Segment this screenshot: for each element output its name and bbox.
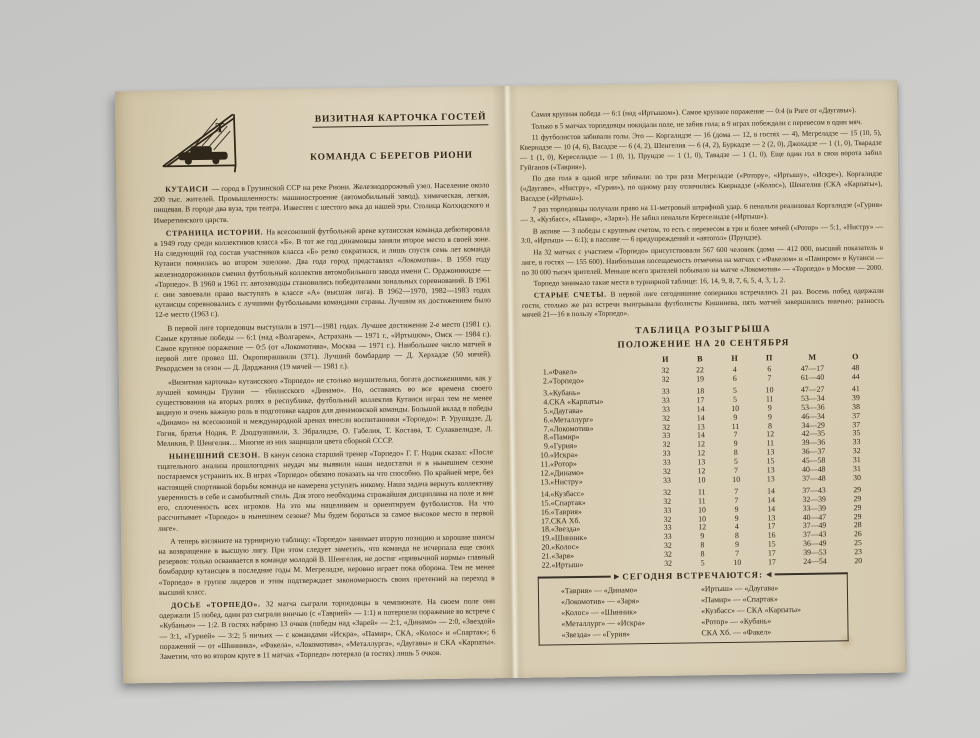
paragraph: В активе — 3 победы с крупным счетом, то… xyxy=(521,222,883,246)
fixture-item: СКА Хб. — «Факел» xyxy=(701,626,841,637)
todays-fixtures-box: ▶ СЕГОДНЯ ВСТРЕЧАЮТСЯ: ◀ «Таврия» — «Дин… xyxy=(538,572,849,645)
paragraph-lead: СТАРЫЕ СЧЕТЫ. xyxy=(534,290,611,300)
fixtures-title: СЕГОДНЯ ВСТРЕЧАЮТСЯ: xyxy=(622,569,763,581)
standings-subtitle: ПОЛОЖЕНИЕ НА 20 СЕНТЯБРЯ xyxy=(522,336,884,351)
fixtures-right-column: «Иртыш» — «Даугава»«Памир» — «Спартак»«К… xyxy=(701,582,842,637)
paragraph: КУТАИСИ — город в Грузинской ССР на реке… xyxy=(153,180,490,225)
paragraph: В первой лиге торпедовцы выступали в 197… xyxy=(155,319,492,375)
paragraph: ДОСЬЕ «ТОРПЕДО». 32 матча сыграли торпед… xyxy=(159,596,496,662)
table-cell: 2. xyxy=(531,377,549,386)
paragraph: «Визитная карточка» кутаисского «Торпедо… xyxy=(156,373,493,449)
paragraph: 11 футболистов забивали голы. Это — Корг… xyxy=(520,128,883,172)
torpedo-sail-car-emblem-icon: Т xyxy=(156,107,275,175)
fixtures-left-column: «Таврия» — «Динамо»«Локомотив» — «Заря»«… xyxy=(561,584,702,639)
table-cell: 22. xyxy=(534,562,552,571)
paragraph: 7 раз торпедовцы получали право на 11-ме… xyxy=(521,200,883,224)
paragraph: По два гола в одной игре забивали: по тр… xyxy=(520,169,882,203)
fixture-item: «Памир» — «Спартак» xyxy=(701,593,841,604)
paragraph: СТРАНИЦА ИСТОРИИ. На всесоюзной футбольн… xyxy=(154,224,491,321)
table-cell: 5 xyxy=(685,559,720,568)
fixture-item: «Локомотив» — «Заря» xyxy=(561,595,701,606)
photo-background: Т ВИЗИТНАЯ КАРТОЧКА ГОСТЕЙ КОМАНДА С БЕР… xyxy=(0,0,980,738)
table-cell: 17 xyxy=(755,558,790,567)
left-page-header: Т ВИЗИТНАЯ КАРТОЧКА ГОСТЕЙ КОМАНДА С БЕР… xyxy=(152,104,489,181)
right-page-body: Самая крупная победа — 6:1 (над «Иртышом… xyxy=(519,105,884,320)
standings-table: И В Н П М О 1.«Факел»32224647—17482.«Тор… xyxy=(531,352,876,571)
table-cell: «Иртыш» xyxy=(551,560,650,570)
table-cell: 24—54 xyxy=(789,557,841,567)
fixture-item: «Кузбасс» — СКА «Карпаты» xyxy=(701,604,841,615)
paragraph-lead: КУТАИСИ xyxy=(165,184,211,194)
left-page: Т ВИЗИТНАЯ КАРТОЧКА ГОСТЕЙ КОМАНДА С БЕР… xyxy=(152,104,496,665)
paragraph-lead: СТРАНИЦА ИСТОРИИ. xyxy=(166,227,266,237)
fixture-item: «Звезда» — «Гурия» xyxy=(561,628,701,639)
fixture-item: «Таврия» — «Динамо» xyxy=(561,584,701,595)
visiting-card-kicker: ВИЗИТНАЯ КАРТОЧКА ГОСТЕЙ xyxy=(313,112,489,127)
paragraph: СТАРЫЕ СЧЕТЫ. В первой лиге сегодняшние … xyxy=(522,286,884,320)
left-page-body: КУТАИСИ — город в Грузинской ССР на реке… xyxy=(153,180,496,662)
standings-title: ТАБЛИЦА РОЗЫГРЫША xyxy=(522,322,884,337)
paragraph: А теперь взгляните на турнирную таблицу:… xyxy=(158,532,495,598)
svg-text:Т: Т xyxy=(215,120,224,135)
paragraph: На 32 матчах с участием «Торпедо» присут… xyxy=(521,243,883,277)
rule-line xyxy=(538,576,611,578)
left-arrow-icon: ◀ xyxy=(766,571,771,578)
table-cell: 32 xyxy=(651,560,686,569)
programme-sheet: Т ВИЗИТНАЯ КАРТОЧКА ГОСТЕЙ КОМАНДА С БЕР… xyxy=(115,81,905,684)
paragraph-lead: НЫНЕШНИЙ СЕЗОН. xyxy=(169,451,264,461)
rule-line xyxy=(774,573,847,575)
fixture-item: «Колос» — «Шинник» xyxy=(561,606,701,617)
fixtures-list: «Таврия» — «Динамо»«Локомотив» — «Заря»«… xyxy=(539,574,848,639)
right-arrow-icon: ▶ xyxy=(614,573,619,580)
paragraph-lead: ДОСЬЕ «ТОРПЕДО». xyxy=(171,599,266,609)
table-cell: 10 xyxy=(720,559,755,568)
table-cell: 20 xyxy=(841,557,876,566)
table-cell: 13. xyxy=(532,478,550,487)
fixture-item: «Металлург» — «Искра» xyxy=(561,617,701,628)
article-title: КОМАНДА С БЕРЕГОВ РИОНИ xyxy=(310,150,473,162)
paragraph: НЫНЕШНИЙ СЕЗОН. В канун сезона старший т… xyxy=(157,447,494,533)
fixture-item: «Иртыш» — «Даугава» xyxy=(701,582,841,593)
fixture-item: «Ротор» — «Кубань» xyxy=(701,615,841,626)
right-page: Самая крупная победа — 6:1 (над «Иртышом… xyxy=(519,105,888,646)
